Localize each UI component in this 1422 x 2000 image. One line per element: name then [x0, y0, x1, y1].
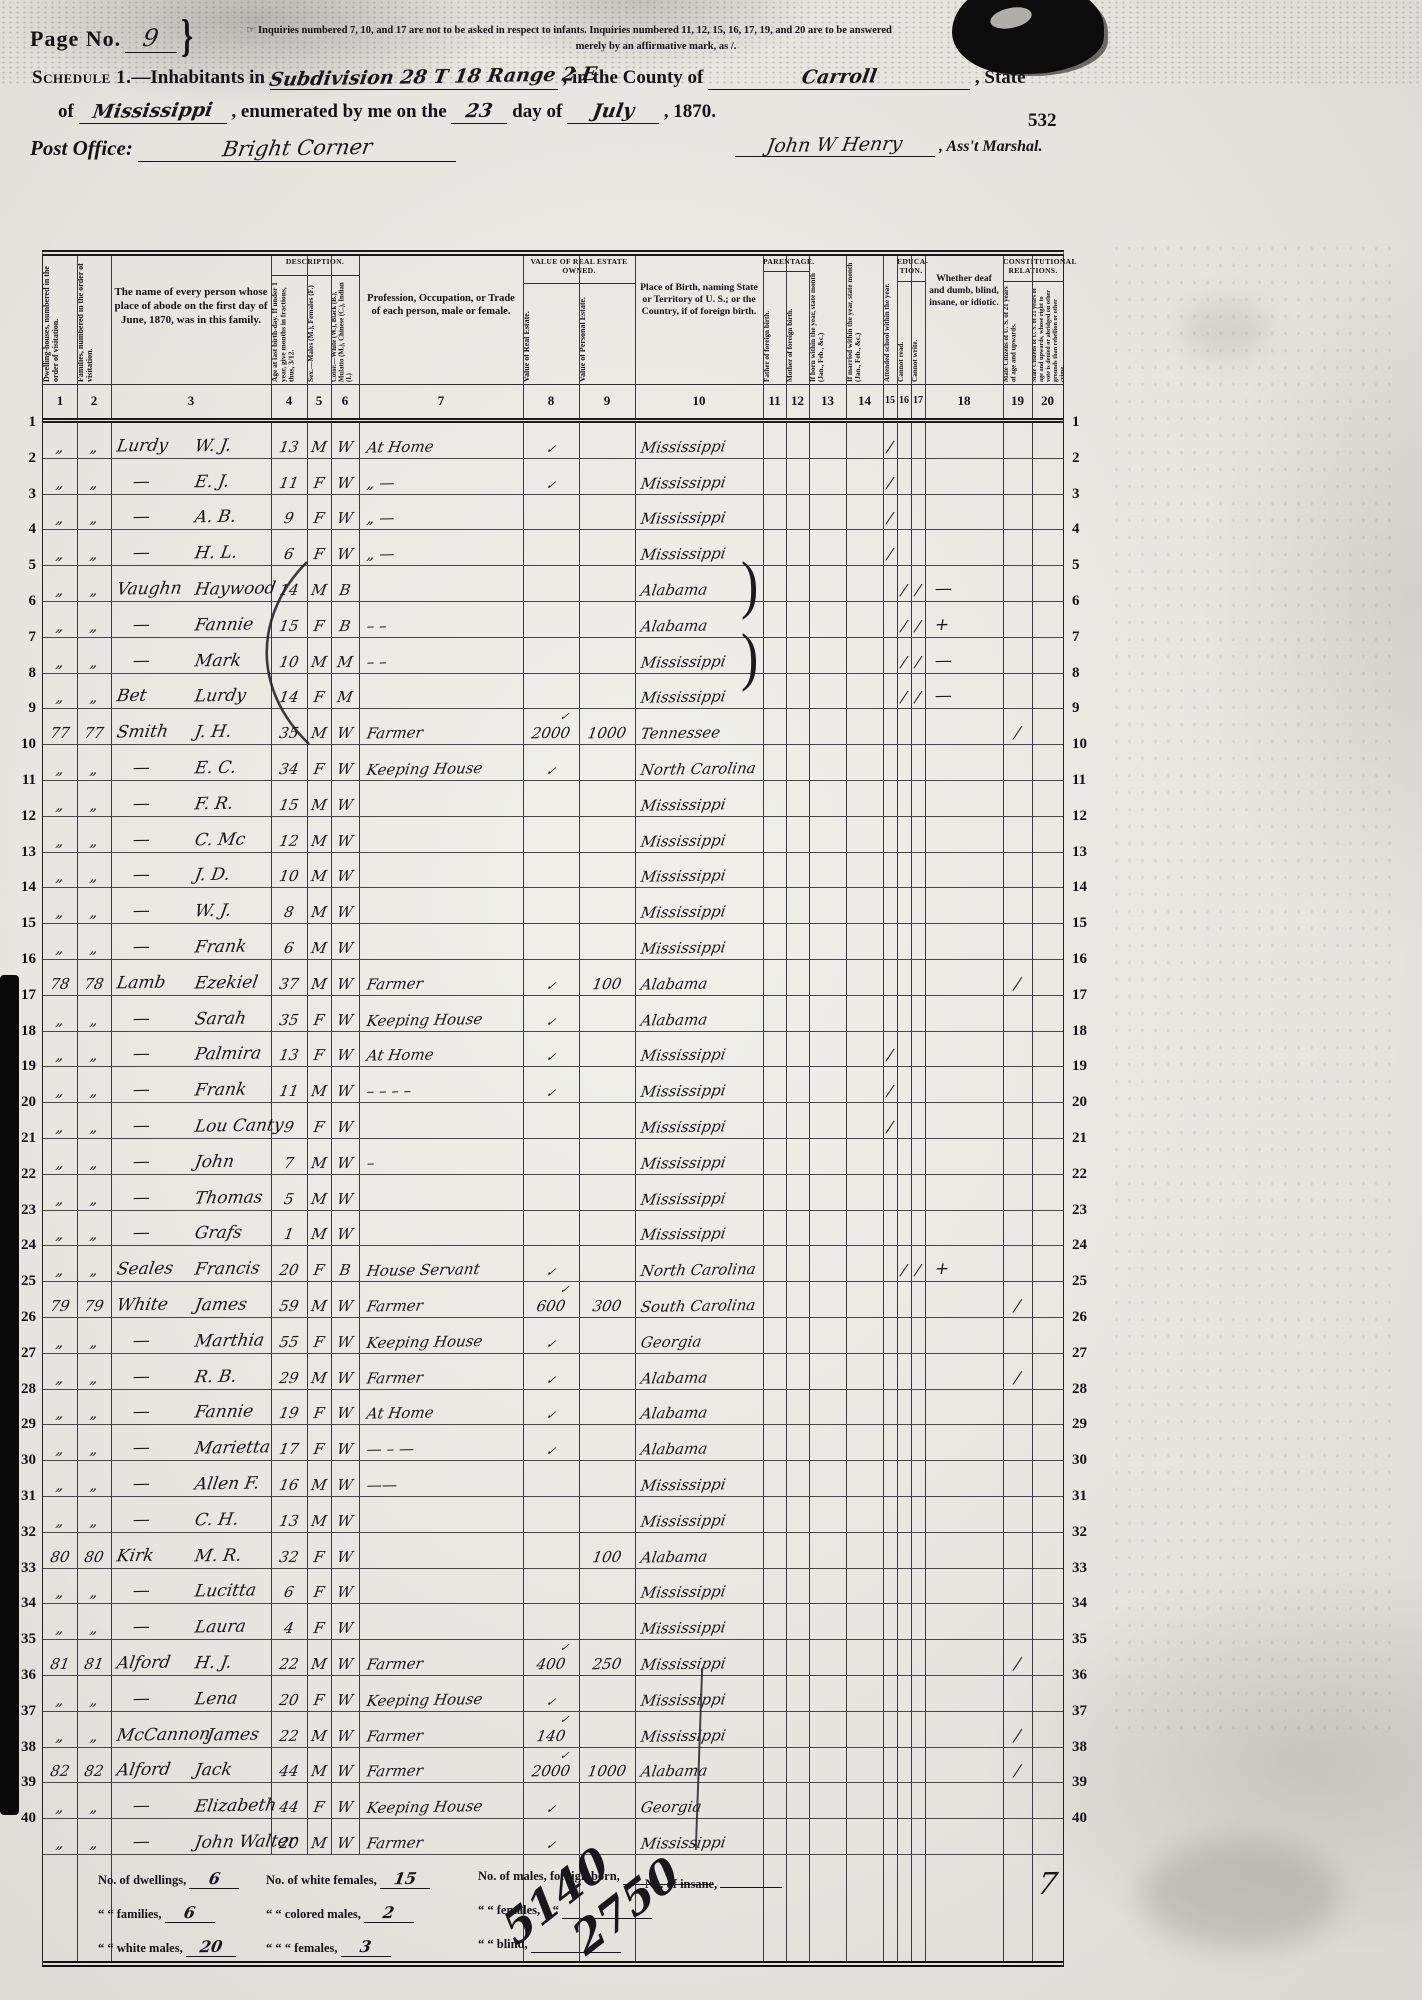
column-header-9: Value of Personal Estate.: [579, 284, 635, 384]
footer-summary-item: “ “ colored males, 2: [266, 1903, 414, 1923]
color: M: [330, 652, 361, 670]
row-number-left: 27: [6, 1345, 36, 1362]
cell-occupation: Farmer: [359, 1354, 523, 1389]
cell-birthplace: Mississippi: [635, 1640, 763, 1675]
occupation: Farmer: [365, 1368, 424, 1387]
real-estate-value: ✓: [522, 1014, 580, 1029]
row-number-right: 5: [1072, 557, 1102, 574]
given-name: Allen F.: [193, 1473, 260, 1494]
family-number: „: [76, 1834, 113, 1853]
cell-cannot-write-mark: /: [911, 638, 925, 673]
cell-occupation: „ —: [359, 530, 523, 565]
cell-color: W: [331, 1318, 359, 1353]
family-number: „: [76, 1261, 113, 1280]
column-header-12: Mother of foreign birth.: [786, 272, 809, 384]
row-number-left: 4: [6, 521, 36, 538]
surname: —: [131, 937, 151, 957]
post-office-value: Bright Corner: [220, 135, 373, 162]
birthplace: Mississippi: [639, 1046, 727, 1065]
cell-age: 29: [271, 1354, 307, 1389]
census-table-footer: No. of dwellings, 6No. of white females,…: [43, 1855, 1063, 1967]
of-label: of: [58, 101, 74, 122]
column-divider: [1003, 1855, 1004, 1961]
row-number-left: 29: [6, 1416, 36, 1433]
color: W: [330, 1154, 361, 1172]
column-divider: [579, 256, 580, 418]
row-number-right: 24: [1072, 1237, 1102, 1254]
occupation: Keeping House: [365, 759, 484, 779]
cell-age: 37: [271, 960, 307, 995]
real-estate-tick: ✓: [559, 1713, 570, 1726]
occupation: At Home: [365, 1404, 435, 1423]
age: 14: [270, 581, 309, 600]
real-estate-value: 2000: [521, 724, 580, 743]
column-header-17: Cannot write.: [911, 282, 925, 384]
real-estate-tick: ✓: [559, 710, 570, 723]
column-header-15: Attended school within the year.: [883, 256, 897, 384]
cell-color: W: [331, 1067, 359, 1102]
surname: Alford: [115, 1653, 172, 1674]
family-number: „: [76, 796, 113, 815]
surname: —: [131, 1581, 151, 1601]
surname: Smith: [115, 722, 169, 743]
surname: —: [131, 1116, 151, 1136]
cell-occupation: Farmer: [359, 1640, 523, 1675]
table-row: „„VaughnHaywood14MBAlabama//—: [43, 566, 1063, 602]
cell-color: W: [331, 1783, 359, 1818]
table-row: „„—A. B.9FW„ —Mississippi/: [43, 495, 1063, 531]
cell-family-number: „: [77, 1461, 111, 1496]
cell-family-number: „: [77, 638, 111, 673]
occupation: „ —: [366, 509, 396, 527]
column-divider: [1003, 256, 1004, 418]
sex: M: [306, 1082, 333, 1100]
real-estate-value: ✓: [522, 978, 580, 993]
age: 12: [270, 831, 309, 850]
cell-real-estate: ✓: [523, 1246, 579, 1281]
row-number-right: 35: [1072, 1631, 1102, 1648]
cell-age: 4: [271, 1604, 307, 1639]
cell-color: B: [331, 602, 359, 637]
given-name: E. C.: [193, 758, 237, 779]
family-number: „: [76, 939, 113, 958]
given-name: Elizabeth: [193, 1795, 278, 1816]
given-name: Grafs: [193, 1223, 243, 1244]
census-page-scan: Page No. 9 } ☞ Inquiries numbered 7, 10,…: [0, 0, 1422, 2000]
real-estate-value: 600: [521, 1296, 580, 1315]
scan-smudge: [1140, 1840, 1340, 1950]
cell-name: BetLurdy: [111, 674, 271, 709]
birthplace: Alabama: [639, 1368, 708, 1387]
birthplace: Alabama: [639, 1010, 708, 1029]
cell-birthplace: Mississippi: [635, 781, 763, 816]
cell-family-number: 78: [77, 960, 111, 995]
surname: Bet: [115, 686, 148, 707]
real-estate-value: ✓: [522, 1086, 580, 1101]
family-number: „: [76, 545, 113, 564]
cell-attended-school-mark: /: [883, 495, 897, 530]
color: W: [330, 509, 361, 527]
column-divider: [111, 256, 112, 418]
day-value: 23: [464, 100, 494, 122]
cell-age: 8: [271, 888, 307, 923]
cell-name: AlfordH. J.: [111, 1640, 271, 1675]
dwelling-number: „: [42, 796, 79, 815]
real-estate-value: ✓: [522, 1265, 580, 1280]
real-estate-value: ✓: [522, 1050, 580, 1065]
family-number: „: [76, 1476, 113, 1495]
given-name: Jack: [193, 1760, 233, 1781]
cell-name: McCannonJames: [111, 1712, 271, 1747]
column-divider: [925, 256, 926, 418]
table-row: 8080KirkM. R.32FW100Alabama: [43, 1533, 1063, 1569]
cell-color: W: [331, 1390, 359, 1425]
cell-name: —A. B.: [111, 495, 271, 530]
cell-name: —F. R.: [111, 781, 271, 816]
row-number-left: 7: [6, 629, 36, 646]
given-name: Thomas: [193, 1187, 264, 1208]
dwelling-number: „: [42, 1154, 79, 1173]
occupation: Farmer: [365, 1833, 424, 1852]
column-header-label: If married within the year, state month …: [846, 256, 883, 384]
disability-mark: —: [933, 686, 953, 706]
column-number: 4: [271, 384, 307, 418]
row-number-right: 21: [1072, 1130, 1102, 1147]
color: W: [330, 1333, 361, 1351]
citizen-mark: /: [1001, 974, 1033, 994]
surname: —: [131, 1832, 151, 1852]
occupation: – –: [366, 652, 389, 670]
cell-age: 7: [271, 1139, 307, 1174]
cell-color: W: [331, 960, 359, 995]
column-divider: [897, 256, 898, 418]
surname: —: [131, 543, 151, 563]
column-header-label: Families, numbered in the order of visit…: [77, 256, 111, 384]
age: 32: [270, 1547, 309, 1566]
dwelling-number: „: [42, 1440, 79, 1459]
cell-birthplace: Mississippi: [635, 1103, 763, 1138]
family-number: 78: [76, 975, 113, 994]
cell-birthplace: South Carolina: [635, 1282, 763, 1317]
footer-value: 3: [359, 1937, 373, 1956]
personal-estate-value: 250: [577, 1654, 636, 1673]
row-number-left: 2: [6, 450, 36, 467]
cell-dwelling-number: „: [43, 1354, 77, 1389]
table-row: 7878LambEzekiel37MWFarmer✓100Alabama/: [43, 960, 1063, 996]
color: W: [330, 473, 361, 491]
dwelling-number: „: [42, 1118, 79, 1137]
family-number: „: [76, 1010, 113, 1029]
table-row: „„—Fannie15FB– –Alabama//+: [43, 602, 1063, 638]
family-number: „: [76, 617, 113, 636]
cell-sex: M: [307, 853, 331, 888]
cell-birthplace: Mississippi: [635, 1604, 763, 1639]
cell-color: W: [331, 1211, 359, 1246]
row-number-left: 8: [6, 665, 36, 682]
given-name: John: [193, 1151, 235, 1172]
column-divider: [763, 256, 764, 418]
cell-sex: M: [307, 1139, 331, 1174]
row-number-left: 38: [6, 1739, 36, 1756]
row-number-left: 28: [6, 1381, 36, 1398]
instructions-notice: ☞ Inquiries numbered 7, 10, and 17 are n…: [246, 22, 1066, 56]
cell-cannot-write-mark: /: [911, 674, 925, 709]
age: 13: [270, 1046, 309, 1065]
cell-occupation: Keeping House: [359, 996, 523, 1031]
given-name: W. J.: [193, 901, 233, 922]
row-number-right: 38: [1072, 1739, 1102, 1756]
dwelling-number: „: [42, 1046, 79, 1065]
table-row: „„—Lou Canty9FWMississippi/: [43, 1103, 1063, 1139]
cell-cannot-read-mark: /: [897, 638, 911, 673]
table-row: „„—E. C.34FWKeeping House✓North Carolina: [43, 745, 1063, 781]
family-number: „: [76, 1691, 113, 1710]
citizen-mark: /: [1001, 723, 1033, 743]
column-header-label: Dwelling-houses, numbered in the order o…: [43, 256, 77, 384]
cell-sex: M: [307, 888, 331, 923]
cell-dwelling-number: „: [43, 1032, 77, 1067]
family-number: „: [76, 903, 113, 922]
real-estate-value: ✓: [522, 1694, 580, 1709]
cell-birthplace: Mississippi: [635, 1032, 763, 1067]
surname: —: [131, 1223, 151, 1243]
birthplace: Mississippi: [639, 795, 727, 814]
cell-dwelling-number: „: [43, 1461, 77, 1496]
row-number-left: 3: [6, 486, 36, 503]
cell-birthplace: Mississippi: [635, 1211, 763, 1246]
age: 35: [270, 1010, 309, 1029]
sex: F: [306, 1440, 333, 1458]
cell-age: 35: [271, 996, 307, 1031]
cell-dwelling-number: „: [43, 1246, 77, 1281]
age: 19: [270, 1404, 309, 1423]
footer-summary-item: No. of white females, 15: [266, 1869, 430, 1889]
division-value: Subdivision 28 T 18 Range 2 E: [267, 63, 598, 91]
cell-dwelling-number: „: [43, 853, 77, 888]
cell-dwelling-number: „: [43, 1390, 77, 1425]
cell-citizen-mark: /: [1003, 1282, 1032, 1317]
given-name: F. R.: [193, 793, 234, 814]
birthplace: Alabama: [639, 580, 708, 599]
given-name: Sarah: [193, 1008, 247, 1029]
family-number: „: [76, 1726, 113, 1745]
row-number-left: 1: [6, 414, 36, 431]
cell-birthplace: Georgia: [635, 1318, 763, 1353]
row-number-left: 24: [6, 1237, 36, 1254]
occupation: – – – –: [366, 1082, 413, 1101]
row-number-left: 5: [6, 557, 36, 574]
cell-dwelling-number: „: [43, 1604, 77, 1639]
page-number-block: Page No. 9 }: [30, 20, 193, 54]
cell-color: W: [331, 1032, 359, 1067]
row-number-right: 26: [1072, 1309, 1102, 1326]
footer-summary-item: “ “ families, 6: [98, 1903, 215, 1923]
cell-birthplace: Alabama: [635, 1533, 763, 1568]
surname: —: [131, 1187, 151, 1207]
occupation: Keeping House: [365, 1332, 484, 1352]
cell-name: LurdyW. J.: [111, 423, 271, 458]
citizen-mark: /: [1001, 1761, 1033, 1781]
age: 44: [270, 1798, 309, 1817]
cell-sex: M: [307, 1712, 331, 1747]
footer-value: 20: [198, 1937, 223, 1956]
cell-family-number: „: [77, 1139, 111, 1174]
age: 6: [270, 545, 309, 564]
column-divider: [897, 1855, 898, 1961]
cell-family-number: „: [77, 1783, 111, 1818]
personal-estate-value: 100: [577, 974, 636, 993]
birthplace: Mississippi: [639, 867, 727, 886]
row-number-right: 29: [1072, 1416, 1102, 1433]
cell-real-estate: ✓: [523, 1067, 579, 1102]
cell-cannot-write-mark: /: [911, 1246, 925, 1281]
sex: M: [306, 939, 333, 957]
family-number: 82: [76, 1762, 113, 1781]
color: W: [330, 796, 361, 814]
column-header-13: If born within the year, state month (Ja…: [809, 256, 846, 384]
cell-color: W: [331, 709, 359, 744]
surname: Lamb: [115, 972, 167, 993]
cell-sex: M: [307, 1748, 331, 1783]
cell-family-number: 77: [77, 709, 111, 744]
age: 20: [270, 1261, 309, 1280]
age: 9: [270, 1118, 309, 1137]
family-number: „: [76, 1512, 113, 1531]
cell-family-number: „: [77, 1676, 111, 1711]
row-number-right: 30: [1072, 1452, 1102, 1469]
row-number-left: 9: [6, 700, 36, 717]
family-number: „: [76, 1333, 113, 1352]
row-number-right: 6: [1072, 593, 1102, 610]
age: 22: [270, 1726, 309, 1745]
cell-age: 44: [271, 1783, 307, 1818]
row-number-left: 11: [6, 772, 36, 789]
column-header-label: Value of Personal Estate.: [579, 284, 635, 384]
cell-sex: M: [307, 566, 331, 601]
dwelling-number: „: [42, 1261, 79, 1280]
cell-dwelling-number: „: [43, 1497, 77, 1532]
sex: M: [306, 1368, 333, 1386]
birthplace: Alabama: [639, 1547, 708, 1566]
real-estate-value: 400: [521, 1654, 580, 1673]
cell-color: W: [331, 1354, 359, 1389]
sex: F: [306, 1619, 333, 1637]
column-divider: [271, 256, 272, 418]
given-name: Fannie: [193, 614, 255, 635]
personal-estate-value: 300: [577, 1296, 636, 1315]
column-header-label: Place of Birth, naming State or Territor…: [635, 256, 763, 323]
row-number-left: 26: [6, 1309, 36, 1326]
cell-birthplace: Georgia: [635, 1783, 763, 1818]
row-number-left: 19: [6, 1058, 36, 1075]
cell-age: 11: [271, 459, 307, 494]
age: 59: [270, 1297, 309, 1316]
cell-family-number: „: [77, 1103, 111, 1138]
cell-dwelling-number: 79: [43, 1282, 77, 1317]
cell-name: —Grafs: [111, 1211, 271, 1246]
footer-label: “ “ colored males,: [266, 1907, 364, 1921]
row-number-left: 33: [6, 1560, 36, 1577]
cell-birthplace: Mississippi: [635, 1461, 763, 1496]
cell-attended-school-mark: /: [883, 1103, 897, 1138]
cell-color: W: [331, 1604, 359, 1639]
cell-sex: F: [307, 459, 331, 494]
table-row: „„SealesFrancis20FBHouse Servant✓North C…: [43, 1246, 1063, 1282]
sex: F: [306, 545, 333, 563]
column-header-2: Families, numbered in the order of visit…: [77, 256, 111, 384]
cannot-write-mark: /: [910, 1261, 927, 1279]
cell-birthplace: Mississippi: [635, 459, 763, 494]
sex: M: [306, 1189, 333, 1207]
cannot-write-mark: /: [910, 652, 927, 670]
cell-name: —Mark: [111, 638, 271, 673]
given-name: James: [193, 1295, 248, 1316]
row-number-right: 32: [1072, 1524, 1102, 1541]
cell-family-number: „: [77, 1569, 111, 1604]
sex: F: [306, 1261, 333, 1279]
table-row: „„—Fannie19FWAt Home✓Alabama: [43, 1390, 1063, 1426]
color: W: [330, 1297, 361, 1315]
birthplace: South Carolina: [639, 1296, 756, 1316]
cell-cannot-read-mark: /: [897, 1246, 911, 1281]
column-header-7: Profession, Occupation, or Trade of each…: [359, 256, 523, 384]
cell-color: W: [331, 1533, 359, 1568]
cell-family-number: „: [77, 1211, 111, 1246]
color: W: [330, 1225, 361, 1243]
birthplace: Mississippi: [639, 902, 727, 921]
age: 34: [270, 760, 309, 779]
cell-sex: M: [307, 1354, 331, 1389]
table-row: „„—Frank6MWMississippi: [43, 924, 1063, 960]
surname: —: [131, 1510, 151, 1530]
occupation: Farmer: [365, 974, 424, 993]
sex: M: [306, 1225, 333, 1243]
cell-dwelling-number: „: [43, 1211, 77, 1246]
given-name: Marthia: [193, 1330, 265, 1351]
dwelling-number: „: [42, 652, 79, 671]
column-divider: [846, 256, 847, 418]
cell-dwelling-number: 81: [43, 1640, 77, 1675]
given-name: Lucitta: [193, 1581, 257, 1602]
occupation: Farmer: [365, 724, 424, 743]
cell-real-estate: ✓: [523, 1676, 579, 1711]
column-header-label: Cannot read.: [897, 282, 911, 384]
cell-color: W: [331, 423, 359, 458]
column-number: 1: [43, 384, 77, 418]
cell-citizen-mark: /: [1003, 1748, 1032, 1783]
birthplace: Mississippi: [639, 1654, 727, 1673]
column-divider: [635, 256, 636, 418]
cell-name: —Fannie: [111, 1390, 271, 1425]
birthplace: Mississippi: [639, 1833, 727, 1852]
column-header-label: If born within the year, state month (Ja…: [809, 256, 846, 384]
row-number-left: 35: [6, 1631, 36, 1648]
cell-cannot-write-mark: /: [911, 566, 925, 601]
cell-dwelling-number: „: [43, 566, 77, 601]
family-number: 77: [76, 724, 113, 743]
given-name: H. L.: [193, 543, 239, 564]
occupation: –: [366, 1154, 376, 1172]
real-estate-value: 140: [521, 1726, 580, 1745]
cell-age: 59: [271, 1282, 307, 1317]
sex: M: [306, 867, 333, 885]
marshal-title: , Ass't Marshal.: [939, 138, 1042, 155]
footer-value: 6: [207, 1869, 221, 1888]
birthplace: Mississippi: [639, 437, 727, 456]
given-name: Mark: [193, 650, 242, 671]
cell-family-number: „: [77, 530, 111, 565]
cell-occupation: — – —: [359, 1425, 523, 1460]
